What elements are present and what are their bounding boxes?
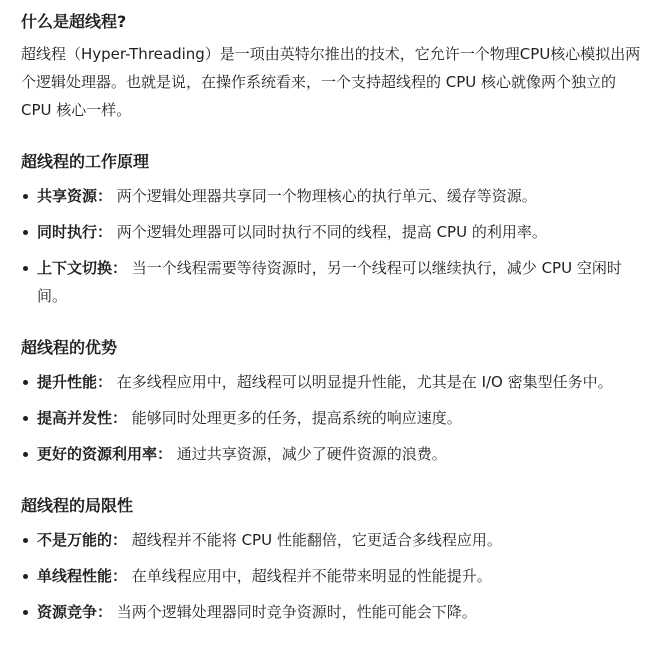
- item-desc: 两个逻辑处理器共享同一个物理核心的执行单元、缓存等资源。: [117, 187, 537, 205]
- item-desc: 当两个逻辑处理器同时竞争资源时，性能可能会下降。: [117, 603, 477, 621]
- list-item: 更好的资源利用率： 通过共享资源，减少了硬件资源的浪费。: [21, 440, 650, 468]
- list-item: 提高并发性： 能够同时处理更多的任务，提高系统的响应速度。: [21, 404, 650, 432]
- list-item: 上下文切换： 当一个线程需要等待资源时，另一个线程可以继续执行，减少 CPU 空…: [21, 254, 650, 310]
- item-term: 提高并发性：: [37, 409, 127, 427]
- item-desc: 通过共享资源，减少了硬件资源的浪费。: [177, 445, 447, 463]
- item-desc: 在多线程应用中，超线程可以明显提升性能，尤其是在 I/O 密集型任务中。: [117, 373, 613, 391]
- list-item: 单线程性能： 在单线程应用中，超线程并不能带来明显的性能提升。: [21, 562, 650, 590]
- item-term: 不是万能的：: [37, 531, 127, 549]
- item-term: 上下文切换：: [37, 259, 127, 277]
- item-desc: 能够同时处理更多的任务，提高系统的响应速度。: [132, 409, 462, 427]
- item-term: 同时执行：: [37, 223, 112, 241]
- item-desc: 两个逻辑处理器可以同时执行不同的线程，提高 CPU 的利用率。: [117, 223, 547, 241]
- item-desc: 超线程并不能将 CPU 性能翻倍，它更适合多线程应用。: [132, 531, 502, 549]
- list-item: 共享资源： 两个逻辑处理器共享同一个物理核心的执行单元、缓存等资源。: [21, 182, 650, 210]
- item-term: 更好的资源利用率：: [37, 445, 172, 463]
- list-item: 同时执行： 两个逻辑处理器可以同时执行不同的线程，提高 CPU 的利用率。: [21, 218, 650, 246]
- item-term: 提升性能：: [37, 373, 112, 391]
- section-heading: 超线程的优势: [21, 334, 650, 362]
- bullet-list: 共享资源： 两个逻辑处理器共享同一个物理核心的执行单元、缓存等资源。 同时执行：…: [21, 182, 650, 310]
- item-term: 单线程性能：: [37, 567, 127, 585]
- section-heading: 超线程的局限性: [21, 492, 650, 520]
- section-advantages: 超线程的优势 提升性能： 在多线程应用中，超线程可以明显提升性能，尤其是在 I/…: [21, 334, 650, 468]
- bullet-icon: [23, 416, 28, 421]
- list-item: 不是万能的： 超线程并不能将 CPU 性能翻倍，它更适合多线程应用。: [21, 526, 650, 554]
- bullet-icon: [23, 610, 28, 615]
- document-body: 什么是超线程? 超线程（Hyper-Threading）是一项由英特尔推出的技术…: [0, 0, 666, 626]
- bullet-icon: [23, 538, 28, 543]
- bullet-icon: [23, 574, 28, 579]
- bullet-list: 不是万能的： 超线程并不能将 CPU 性能翻倍，它更适合多线程应用。 单线程性能…: [21, 526, 650, 626]
- item-desc: 在单线程应用中，超线程并不能带来明显的性能提升。: [132, 567, 492, 585]
- bullet-icon: [23, 380, 28, 385]
- section-heading: 超线程的工作原理: [21, 148, 650, 176]
- bullet-icon: [23, 266, 28, 271]
- bullet-icon: [23, 230, 28, 235]
- section-limitations: 超线程的局限性 不是万能的： 超线程并不能将 CPU 性能翻倍，它更适合多线程应…: [21, 492, 650, 626]
- item-term: 共享资源：: [37, 187, 112, 205]
- bullet-icon: [23, 194, 28, 199]
- intro-heading: 什么是超线程?: [21, 8, 650, 36]
- intro-paragraph: 超线程（Hyper-Threading）是一项由英特尔推出的技术，它允许一个物理…: [21, 40, 650, 124]
- item-term: 资源竞争：: [37, 603, 112, 621]
- section-working-principle: 超线程的工作原理 共享资源： 两个逻辑处理器共享同一个物理核心的执行单元、缓存等…: [21, 148, 650, 310]
- list-item: 资源竞争： 当两个逻辑处理器同时竞争资源时，性能可能会下降。: [21, 598, 650, 626]
- bullet-icon: [23, 452, 28, 457]
- list-item: 提升性能： 在多线程应用中，超线程可以明显提升性能，尤其是在 I/O 密集型任务…: [21, 368, 650, 396]
- bullet-list: 提升性能： 在多线程应用中，超线程可以明显提升性能，尤其是在 I/O 密集型任务…: [21, 368, 650, 468]
